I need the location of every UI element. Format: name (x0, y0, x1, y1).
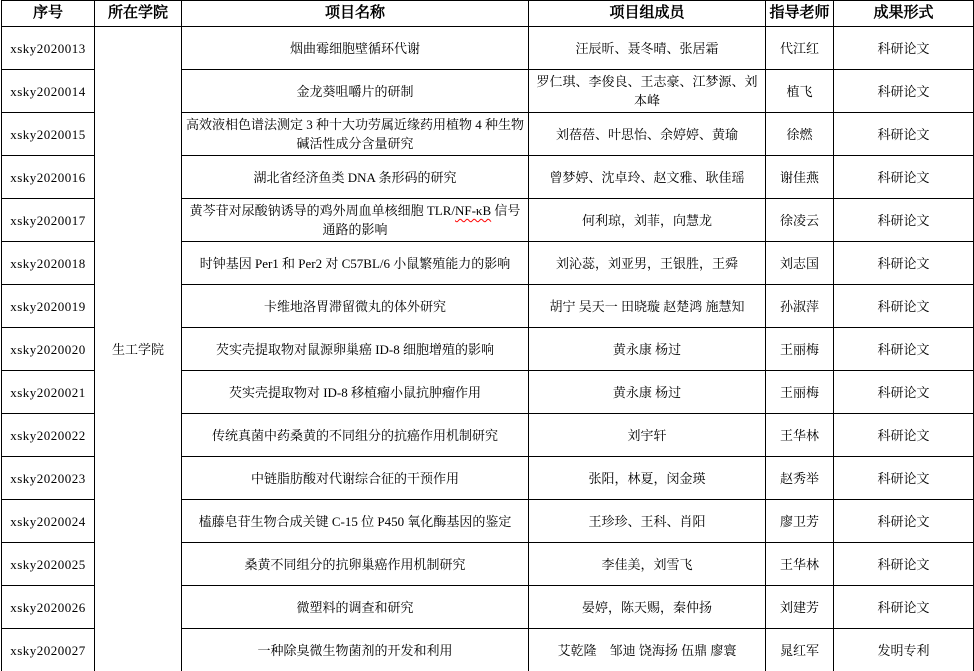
project-name-text: 微塑料的调查和研究 (296, 600, 413, 615)
spellcheck-underline-text: NF-κB (455, 203, 491, 218)
advisor-cell: 赵秀举 (766, 457, 834, 500)
college-cell: 生工学院 (95, 27, 182, 671)
header-serial: 序号 (2, 1, 95, 27)
project-name-text: 黄芩苷对尿酸钠诱导的鸡外周血单核细胞 TLR/ (190, 203, 455, 218)
advisor-cell: 王华林 (766, 543, 834, 586)
project-name-text: 传统真菌中药桑黄的不同组分的抗癌作用机制研究 (212, 428, 498, 443)
result-cell: 科研论文 (834, 199, 974, 242)
advisor-cell: 王丽梅 (766, 328, 834, 371)
result-cell: 科研论文 (834, 328, 974, 371)
project-name-text: 湖北省经济鱼类 DNA 条形码的研究 (254, 170, 457, 185)
serial-cell: xsky2020025 (2, 543, 95, 586)
members-cell: 黄永康 杨过 (529, 371, 766, 414)
project-name-cell: 榼藤皂苷生物合成关键 C-15 位 P450 氧化酶基因的鉴定 (182, 500, 529, 543)
project-name-text: 桑黄不同组分的抗卵巢癌作用机制研究 (244, 557, 465, 572)
members-cell: 王珍珍、王科、肖阳 (529, 500, 766, 543)
result-cell: 科研论文 (834, 113, 974, 156)
advisor-cell: 王华林 (766, 414, 834, 457)
header-advisor: 指导老师 (766, 1, 834, 27)
members-cell: 胡宁 吴天一 田晓璇 赵楚鸿 施慧知 (529, 285, 766, 328)
advisor-cell: 谢佳燕 (766, 156, 834, 199)
serial-cell: xsky2020022 (2, 414, 95, 457)
project-name-cell: 芡实壳提取物对 ID-8 移植瘤小鼠抗肿瘤作用 (182, 371, 529, 414)
members-cell: 罗仁琪、李俊良、王志豪、江梦源、刘本峰 (529, 70, 766, 113)
advisor-cell: 徐凌云 (766, 199, 834, 242)
project-name-text: 榼藤皂苷生物合成关键 C-15 位 P450 氧化酶基因的鉴定 (199, 514, 512, 529)
project-name-text: 金龙葵咀嚼片的研制 (296, 84, 413, 99)
project-name-text: 中链脂肪酸对代谢综合征的干预作用 (251, 471, 459, 486)
advisor-cell: 王丽梅 (766, 371, 834, 414)
serial-cell: xsky2020024 (2, 500, 95, 543)
result-cell: 科研论文 (834, 457, 974, 500)
result-cell: 科研论文 (834, 70, 974, 113)
project-name-text: 芡实壳提取物对 ID-8 移植瘤小鼠抗肿瘤作用 (229, 385, 481, 400)
members-cell: 晏婷，陈天赐，秦仲扬 (529, 586, 766, 629)
project-name-cell: 中链脂肪酸对代谢综合征的干预作用 (182, 457, 529, 500)
serial-cell: xsky2020027 (2, 629, 95, 671)
result-cell: 科研论文 (834, 414, 974, 457)
serial-cell: xsky2020016 (2, 156, 95, 199)
members-cell: 刘沁蕊，刘亚男，王银胜，王舜 (529, 242, 766, 285)
serial-cell: xsky2020013 (2, 27, 95, 70)
header-members: 项目组成员 (529, 1, 766, 27)
advisor-cell: 徐燃 (766, 113, 834, 156)
members-cell: 艾乾隆 邹迪 饶海扬 伍鼎 廖寰 (529, 629, 766, 671)
project-name-cell: 芡实壳提取物对鼠源卵巢癌 ID-8 细胞增殖的影响 (182, 328, 529, 371)
result-cell: 科研论文 (834, 500, 974, 543)
table-row: xsky2020013生工学院烟曲霉细胞壁循环代谢汪辰昕、聂冬晴、张居霜代江红科… (2, 27, 974, 70)
result-cell: 科研论文 (834, 242, 974, 285)
serial-cell: xsky2020026 (2, 586, 95, 629)
project-name-text: 时钟基因 Per1 和 Per2 对 C57BL/6 小鼠繁殖能力的影响 (200, 256, 511, 271)
project-name-cell: 时钟基因 Per1 和 Per2 对 C57BL/6 小鼠繁殖能力的影响 (182, 242, 529, 285)
header-project-name: 项目名称 (182, 1, 529, 27)
result-cell: 科研论文 (834, 586, 974, 629)
project-name-cell: 一种除臭微生物菌剂的开发和利用 (182, 629, 529, 671)
project-name-text: 一种除臭微生物菌剂的开发和利用 (257, 643, 452, 658)
project-name-cell: 烟曲霉细胞壁循环代谢 (182, 27, 529, 70)
serial-cell: xsky2020023 (2, 457, 95, 500)
header-row: 序号 所在学院 项目名称 项目组成员 指导老师 成果形式 (2, 1, 974, 27)
project-name-cell: 桑黄不同组分的抗卵巢癌作用机制研究 (182, 543, 529, 586)
serial-cell: xsky2020015 (2, 113, 95, 156)
project-name-cell: 卡维地洛胃滞留微丸的体外研究 (182, 285, 529, 328)
result-cell: 科研论文 (834, 371, 974, 414)
members-cell: 何利琼，刘菲，向慧龙 (529, 199, 766, 242)
result-cell: 科研论文 (834, 27, 974, 70)
advisor-cell: 刘建芳 (766, 586, 834, 629)
serial-cell: xsky2020019 (2, 285, 95, 328)
members-cell: 张阳，林夏，闵金瑛 (529, 457, 766, 500)
project-name-cell: 微塑料的调查和研究 (182, 586, 529, 629)
table-body: xsky2020013生工学院烟曲霉细胞壁循环代谢汪辰昕、聂冬晴、张居霜代江红科… (2, 27, 974, 671)
project-name-text: 高效液相色谱法测定 3 种十大功劳属近缘药用植物 4 种生物碱活性成分含量研究 (186, 117, 524, 151)
project-name-text: 烟曲霉细胞壁循环代谢 (290, 41, 420, 56)
result-cell: 科研论文 (834, 543, 974, 586)
projects-table: 序号 所在学院 项目名称 项目组成员 指导老师 成果形式 xsky2020013… (1, 0, 974, 671)
members-cell: 刘蓓蓓、叶思怡、余婷婷、黄瑜 (529, 113, 766, 156)
advisor-cell: 代江红 (766, 27, 834, 70)
result-cell: 科研论文 (834, 156, 974, 199)
header-college: 所在学院 (95, 1, 182, 27)
result-cell: 科研论文 (834, 285, 974, 328)
members-cell: 刘宇轩 (529, 414, 766, 457)
members-cell: 黄永康 杨过 (529, 328, 766, 371)
advisor-cell: 晁红军 (766, 629, 834, 671)
members-cell: 李佳美，刘雪飞 (529, 543, 766, 586)
project-name-text: 卡维地洛胃滞留微丸的体外研究 (264, 299, 446, 314)
advisor-cell: 刘志国 (766, 242, 834, 285)
serial-cell: xsky2020020 (2, 328, 95, 371)
advisor-cell: 廖卫芳 (766, 500, 834, 543)
serial-cell: xsky2020021 (2, 371, 95, 414)
project-name-cell: 金龙葵咀嚼片的研制 (182, 70, 529, 113)
result-cell: 发明专利 (834, 629, 974, 671)
project-name-text: 芡实壳提取物对鼠源卵巢癌 ID-8 细胞增殖的影响 (216, 342, 494, 357)
header-result-form: 成果形式 (834, 1, 974, 27)
serial-cell: xsky2020014 (2, 70, 95, 113)
serial-cell: xsky2020018 (2, 242, 95, 285)
project-name-cell: 湖北省经济鱼类 DNA 条形码的研究 (182, 156, 529, 199)
members-cell: 曾梦婷、沈卓玲、赵文雅、耿佳瑶 (529, 156, 766, 199)
project-name-cell: 黄芩苷对尿酸钠诱导的鸡外周血单核细胞 TLR/NF-κB 信号通路的影响 (182, 199, 529, 242)
project-name-cell: 传统真菌中药桑黄的不同组分的抗癌作用机制研究 (182, 414, 529, 457)
project-name-cell: 高效液相色谱法测定 3 种十大功劳属近缘药用植物 4 种生物碱活性成分含量研究 (182, 113, 529, 156)
advisor-cell: 植飞 (766, 70, 834, 113)
members-cell: 汪辰昕、聂冬晴、张居霜 (529, 27, 766, 70)
advisor-cell: 孙淑萍 (766, 285, 834, 328)
serial-cell: xsky2020017 (2, 199, 95, 242)
